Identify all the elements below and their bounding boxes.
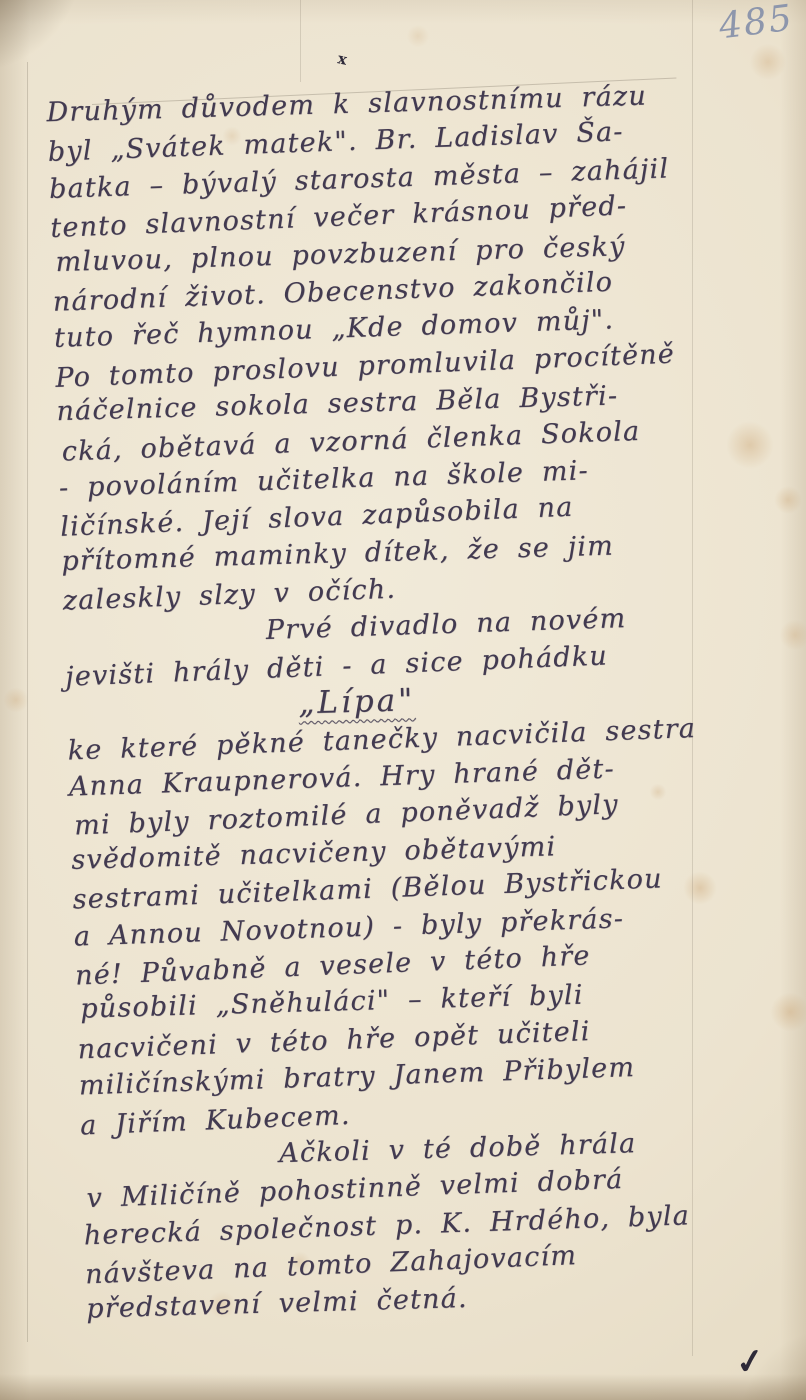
ink-blot-mark: x (336, 49, 348, 68)
checkmark-icon: ✓ (733, 1340, 767, 1384)
page-number: 485 (717, 0, 796, 47)
pencil-crease-line-top (300, 0, 301, 82)
manuscript-page: 485 x Druhým důvodem k slavnostnímu rázu… (0, 0, 806, 1400)
pencil-margin-line-left (27, 62, 28, 1342)
handwritten-text: Druhým důvodem k slavnostnímu rázubyl „S… (46, 74, 755, 1329)
